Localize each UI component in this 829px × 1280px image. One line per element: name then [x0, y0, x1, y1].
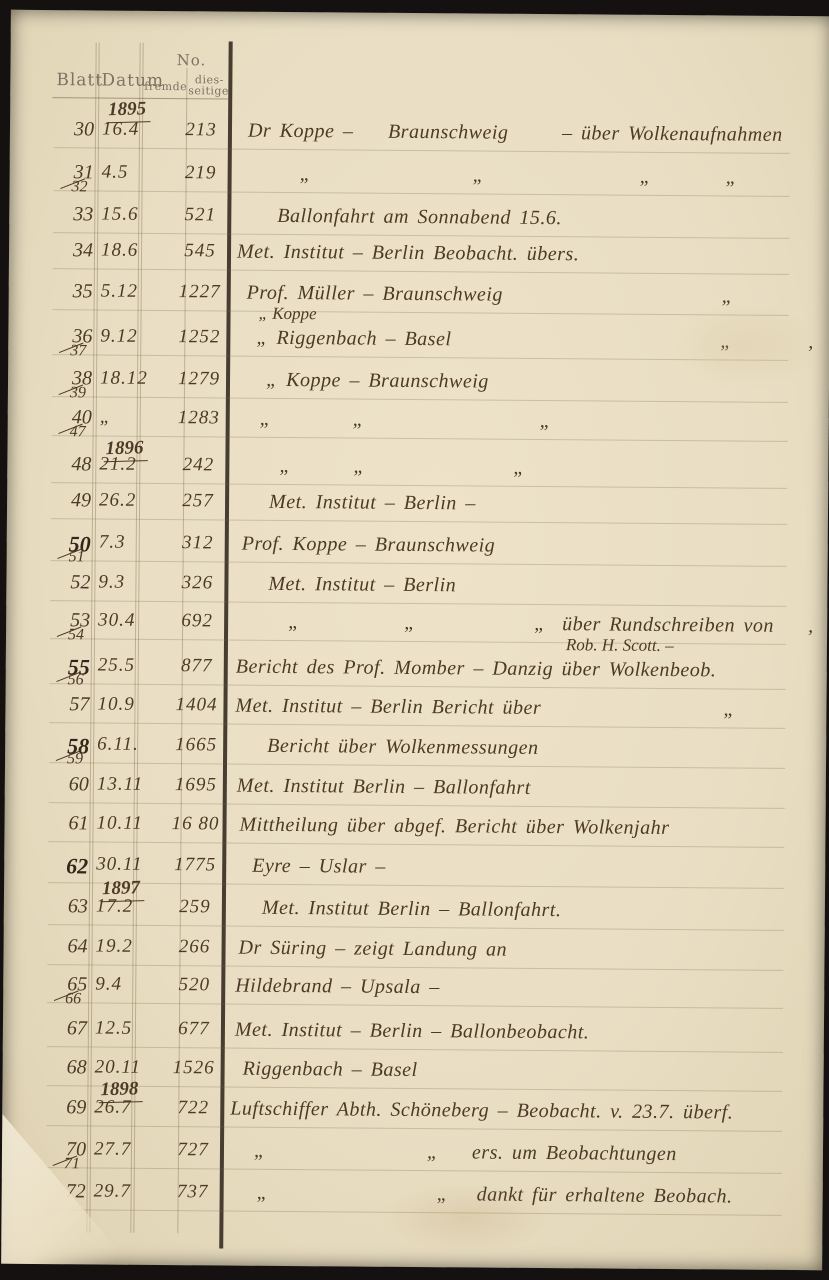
blatt-number: 57 [43, 693, 89, 716]
number-value: 1526 [166, 1057, 222, 1079]
blatt-subnumber: 54 [68, 626, 84, 644]
ledger-row: 529.3326Met. Institut – Berlin [6, 571, 827, 611]
number-value: 1404 [168, 694, 224, 716]
entry-text: Riggenbach – Basel [243, 1058, 418, 1082]
number-value: 545 [172, 240, 228, 262]
ledger-row: 6926.7722Luftschiffer Abth. Schöneberg –… [2, 1096, 823, 1136]
entry-text: Met. Institut – Berlin – [269, 491, 476, 516]
ledger-row: 707127.7727„„ers. um Beobachtungen [2, 1138, 823, 1178]
date-value: 9.3 [98, 572, 148, 594]
entry-text: „ Koppe – Braunschweig [266, 369, 489, 394]
date-value: 29.7 [94, 1180, 144, 1202]
blatt-number: 69 [40, 1096, 86, 1119]
entry-text: ers. um Beobachtungen [472, 1141, 677, 1166]
ledger-row: 6712.5677Met. Institut – Berlin – Ballon… [3, 1017, 824, 1057]
column-header-no: No. [160, 51, 222, 69]
ledger-row: 65669.4520Hildebrand – Upsala – [3, 973, 824, 1013]
entry-text: Luftschiffer Abth. Schöneberg – Beobacht… [230, 1098, 733, 1125]
blatt-number: 35 [47, 280, 93, 303]
blatt-number: 30 [48, 118, 94, 141]
ledger-row: 383918.121279„ Koppe – Braunschweig [8, 367, 829, 407]
entry-text-line2: Rob. H. Scott. – [566, 635, 674, 656]
blatt-subnumber: 56 [68, 671, 84, 689]
date-value: 16.4 [102, 119, 152, 141]
entry-text: Met. Institut Berlin – Ballonfahrt. [262, 897, 562, 922]
blatt-number: 63 [42, 895, 88, 918]
ditto-mark: „ [254, 1140, 266, 1163]
date-value: 25.5 [98, 654, 148, 676]
ditto-mark: „ [404, 612, 416, 635]
entry-text: Met. Institut – Berlin – Ballonbeobacht. [235, 1019, 590, 1045]
entry-text: Eyre – Uslar – [252, 855, 386, 879]
ledger-row: 6013.111695Met. Institut Berlin – Ballon… [5, 773, 826, 813]
number-value: 1279 [171, 368, 227, 390]
ledger-row: 50517.3312Prof. Koppe – Braunschweig [7, 531, 828, 571]
ledger-row: 6419.2266Dr Süring – zeigt Landung an [3, 935, 824, 975]
date-value: 21.2 [99, 454, 149, 476]
date-value: 9.12 [100, 326, 150, 348]
ledger-row: 6110.1116 80Mittheilung über abgef. Beri… [4, 812, 825, 852]
number-value: 722 [165, 1097, 221, 1119]
number-value: 259 [167, 896, 223, 918]
date-value: 17.2 [96, 895, 146, 917]
number-value: 257 [170, 490, 226, 512]
ledger-paper: Blatt Datum No. fremde dies- seitige. 18… [1, 10, 829, 1270]
ledger-row: 555625.5877Bericht des Prof. Momber – Da… [6, 654, 827, 694]
ditto-mark: „ [260, 408, 272, 431]
ditto-mark: „ [726, 166, 738, 189]
blatt-number: 61 [42, 812, 88, 835]
column-subheader-fremde: fremde [144, 81, 186, 92]
entry-text: „ Riggenbach – Basel [256, 327, 451, 352]
ditto-mark: „ [353, 408, 365, 431]
number-value: 1252 [171, 326, 227, 348]
blatt-number: 64 [41, 935, 87, 958]
date-value: 4.5 [102, 162, 152, 184]
number-value: 312 [170, 532, 226, 554]
date-value: 26.2 [99, 490, 149, 512]
date-value: 13.11 [97, 773, 147, 795]
number-value: 1775 [167, 854, 223, 876]
ditto-mark: „ [353, 455, 365, 478]
ditto-mark: „ [720, 330, 732, 353]
date-value: 30.11 [96, 853, 146, 875]
entry-text: Dr Süring – zeigt Landung an [238, 937, 507, 962]
blatt-number: 34 [47, 239, 93, 262]
blatt-number: 60 [43, 773, 89, 796]
number-value: 521 [172, 204, 228, 226]
entry-text: Ballonfahrt am Sonnabend 15.6. [277, 205, 562, 230]
date-value: 6.11. [97, 733, 147, 755]
ditto-mark: „ [437, 1183, 449, 1206]
entry-text: Met. Institut – Berlin [268, 573, 456, 597]
number-value: 266 [166, 936, 222, 958]
ledger-row: 535430.4692„„„über Rundschreiben von‚Rob… [6, 609, 827, 649]
entry-text: Dr Koppe – [248, 120, 354, 144]
entry-text: dankt für erhaltene Beobach. [477, 1183, 733, 1208]
ledger-rows: 18953016.4213Dr Koppe –Braunschweig– übe… [11, 10, 829, 16]
ditto-mark: „ [723, 698, 735, 721]
number-value: 1227 [172, 281, 228, 303]
ditto-mark: „ [300, 163, 312, 186]
number-value: 737 [165, 1181, 221, 1203]
ledger-row: 3418.6545Met. Institut – Berlin Beobacht… [9, 239, 829, 279]
blatt-subnumber: 59 [67, 750, 83, 768]
number-value: 242 [170, 454, 226, 476]
number-value: 1665 [168, 734, 224, 756]
date-value: 19.2 [95, 935, 145, 957]
blatt-number: 67 [41, 1017, 87, 1040]
date-value: 30.4 [98, 609, 148, 631]
blatt-subnumber: 66 [65, 990, 81, 1008]
number-value: 677 [166, 1018, 222, 1040]
entry-text: Prof. Koppe – Braunschweig [242, 533, 496, 558]
entry-text: Met. Institut – Berlin Bericht über [235, 695, 541, 720]
number-value: 1695 [168, 774, 224, 796]
blatt-number: 62 [42, 853, 88, 879]
blatt-number: 33 [47, 203, 93, 226]
date-value: 5.12 [101, 281, 151, 303]
ledger-row: 5710.91404Met. Institut – Berlin Bericht… [5, 693, 826, 733]
ledger-row: 58596.11.1665Bericht über Wolkenmessunge… [5, 733, 826, 773]
scanned-ledger-page: { "document": { "description": "Handwrit… [0, 0, 829, 1280]
entry-text: über Rundschreiben von [562, 613, 774, 638]
date-value: 10.9 [97, 693, 147, 715]
ditto-mark: „ [513, 457, 525, 480]
number-value: 16 80 [167, 813, 223, 835]
number-value: 1283 [171, 407, 227, 429]
date-value: 18.6 [101, 240, 151, 262]
ledger-row: 36379.121252„ Riggenbach – Basel„‚ [8, 325, 829, 365]
ditto-mark: „ [540, 410, 552, 433]
date-value: „ [100, 407, 150, 429]
ledger-row: 31324.5219„„„„ [9, 161, 829, 201]
date-value: 12.5 [95, 1017, 145, 1039]
blatt-number: 48 [45, 453, 91, 476]
blatt-number: 68 [41, 1056, 87, 1079]
ledger-row: 3016.4213Dr Koppe –Braunschweig– über Wo… [10, 118, 829, 158]
date-value: 10.11 [96, 812, 146, 834]
entry-text: Mittheilung über abgef. Bericht über Wol… [239, 814, 669, 840]
ditto-mark: „ [722, 285, 734, 308]
ledger-row: 355.121227Prof. Müller – Braunschweig„„ … [9, 280, 829, 320]
blatt-number: 52 [44, 571, 90, 594]
blatt-subnumber: 71 [64, 1155, 80, 1173]
entry-text: Prof. Müller – Braunschweig [247, 282, 503, 307]
blatt-subnumber: 37 [70, 342, 86, 360]
ditto-mark: „ [640, 166, 652, 189]
number-value: 727 [165, 1139, 221, 1161]
ledger-row: 7229.7737„„dankt für erhaltene Beobach. [1, 1180, 822, 1220]
entry-text: Met. Institut Berlin – Ballonfahrt [237, 775, 531, 800]
blatt-subnumber: 51 [69, 548, 85, 566]
number-value: 219 [173, 162, 229, 184]
ditto-mark: „ [279, 455, 291, 478]
date-value: 18.12 [100, 368, 150, 390]
entry-text: Hildebrand – Upsala – [235, 975, 440, 1000]
number-value: 326 [169, 572, 225, 594]
ledger-row: 6317.2259Met. Institut Berlin – Ballonfa… [4, 895, 825, 935]
column-subheader-diesseitige: dies- seitige. [188, 74, 230, 96]
ditto-mark: „ [534, 613, 546, 636]
number-value: 877 [169, 655, 225, 677]
number-value: 213 [173, 119, 229, 141]
date-value: 27.7 [94, 1138, 144, 1160]
entry-text: Bericht über Wolkenmessungen [267, 735, 539, 760]
number-value: 692 [169, 610, 225, 632]
ledger-row: 4926.2257Met. Institut – Berlin – [7, 489, 828, 529]
ditto-mark: „ [257, 1182, 269, 1205]
ditto-mark: „ [288, 611, 300, 634]
blatt-number: 49 [45, 489, 91, 512]
ditto-mark: „ [427, 1141, 439, 1164]
entry-text: Braunschweig [388, 121, 509, 145]
date-value: 26.7 [94, 1096, 144, 1118]
ledger-row: 4821.2242„„„ [7, 453, 828, 493]
ditto-mark: ‚ [807, 615, 814, 638]
entry-text: Bericht des Prof. Momber – Danzig über W… [236, 656, 717, 683]
ditto-mark: „ [473, 164, 485, 187]
date-value: 7.3 [99, 532, 149, 554]
blatt-subnumber: 39 [70, 384, 86, 402]
blatt-subnumber: 32 [71, 178, 87, 196]
ledger-row: 3315.6521Ballonfahrt am Sonnabend 15.6. [9, 203, 829, 243]
ditto-mark: ‚ [807, 331, 814, 354]
entry-text: Met. Institut – Berlin Beobacht. übers. [237, 241, 579, 267]
number-value: 520 [166, 974, 222, 996]
date-value: 9.4 [95, 973, 145, 995]
entry-text-line2: „ Koppe [258, 304, 316, 324]
date-value: 15.6 [101, 204, 151, 226]
date-value: 20.11 [95, 1056, 145, 1078]
entry-text: – über Wolkenaufnahmen [562, 122, 783, 147]
